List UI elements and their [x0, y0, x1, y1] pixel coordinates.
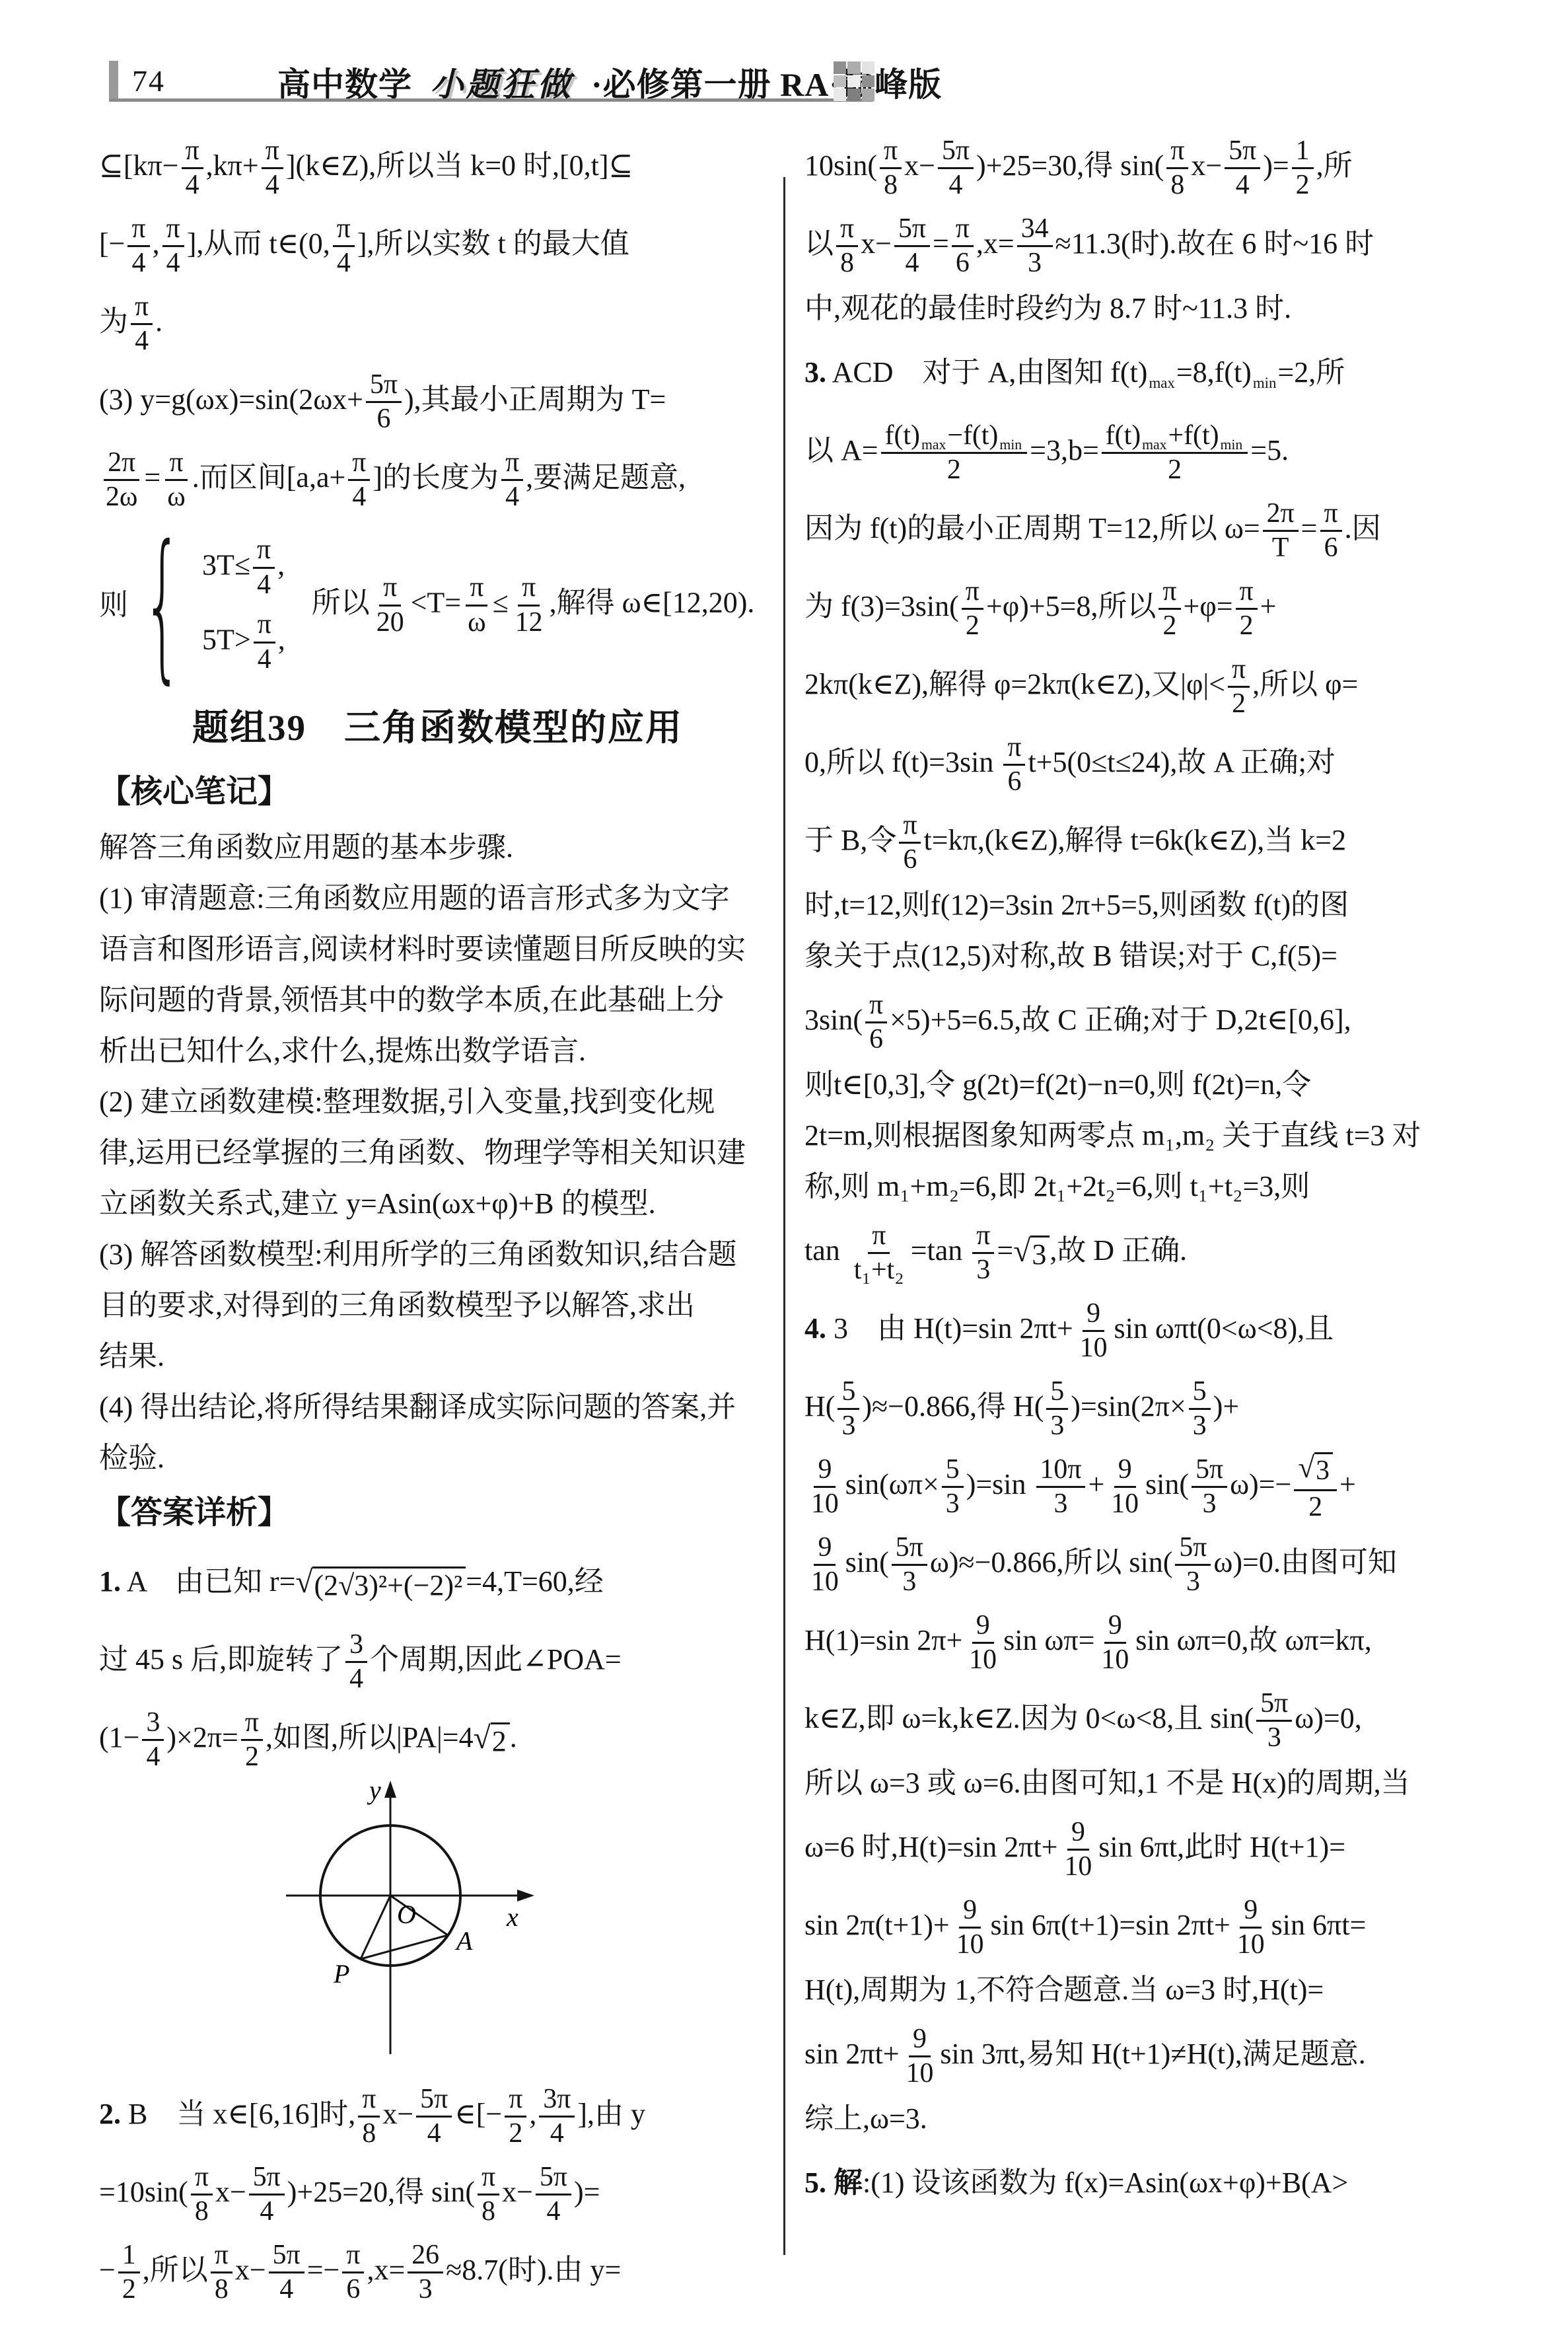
math-line: 过 45 s 后,即旋转了34个周期,因此∠POA= [99, 1621, 776, 1699]
math-line: 2. B 当 x∈[6,16]时,π8x−5π4∈[−π2,3π4],由 y [99, 2075, 776, 2153]
page-number: 74 [132, 63, 165, 98]
system-row: 5T>π4, [202, 610, 285, 675]
y-axis-label: y [367, 1777, 381, 1805]
text-line: 解答三角函数应用题的基本步骤. [99, 822, 776, 873]
math-line: 为π4. [99, 283, 776, 361]
math-line: H(1)=sin 2π+910sin ωπ=910sin ωπ=0,故 ωπ=k… [804, 1602, 1491, 1679]
text-line: 立函数关系式,建立 y=Asin(ωx+φ)+B 的模型. [99, 1178, 776, 1229]
origin-label: O [397, 1900, 416, 1929]
math-line: ω=6 时,H(t)=sin 2πt+910sin 6πt,此时 H(t+1)= [804, 1808, 1491, 1886]
text-line: 综上,ω=3. [804, 2093, 1491, 2144]
math-line: H(53)≈−0.866,得 H(53)=sin(2π×53)+ [804, 1368, 1491, 1446]
left-column: ⊆[kπ−π4,kπ+π4](k∈Z),所以当 k=0 时,[0,t]⊆[−π4… [99, 127, 776, 2309]
title-suffix: ·必修第一册 RA·巅峰版 [591, 66, 942, 103]
math-line: [−π4,π4],从而 t∈(0,π4],所以实数 t 的最大值 [99, 205, 776, 283]
grid-cell [847, 89, 860, 101]
grid-cell [862, 61, 874, 74]
text-line: (4) 得出结论,将所得结果翻译成实际问题的答案,并 [99, 1382, 776, 1432]
math-line: (1−34)×2π=π2,如图,所以|PA|=4√2. [99, 1699, 776, 1777]
grid-cell [834, 75, 846, 88]
series-logo: 小题狂做 [431, 66, 573, 103]
point-a-label: A [454, 1926, 473, 1956]
grid-cell [862, 89, 874, 101]
text-line: 中,观花的最佳时段约为 8.7 时~11.3 时. [804, 283, 1491, 334]
math-line: 0,所以 f(t)=3sin π6t+5(0≤t≤24),故 A 正确;对 [804, 723, 1491, 801]
math-line: 2kπ(k∈Z),解得 φ=2kπ(k∈Z),又|φ|<π2,所以 φ= [804, 646, 1491, 723]
math-line: 910sin(5π3ω)≈−0.866,所以 sin(5π3ω)=0.由图可知 [804, 1524, 1491, 1602]
math-line: 3sin(π6×5)+5=6.5,故 C 正确;对于 D,2t∈[0,6], [804, 981, 1491, 1059]
text-line: (2) 建立函数建模:整理数据,引入变量,找到变化规 [99, 1076, 776, 1127]
math-line: 因为 f(t)的最小正周期 T=12,所以 ω=2πT=π6.因 [804, 490, 1491, 568]
text-line: 称,则 m₁+m₂=6,即 2t₁+2t₂=6,则 t₁+t₂=3,则 [804, 1161, 1491, 1212]
math-line: tan πt₁+t₂=tan π3=√3,故 D 正确. [804, 1212, 1491, 1290]
header-rule [109, 98, 873, 102]
point-p-label: P [333, 1959, 349, 1989]
math-line: (3) y=g(ωx)=sin(2ωx+5π6),其最小正周期为 T= [99, 361, 776, 439]
text-line: 检验. [99, 1432, 776, 1483]
math-line: 910sin(ωπ×53)=sin 10π3+910sin(5π3ω)=−√32… [804, 1446, 1491, 1524]
header-accent-bar [109, 61, 118, 99]
x-axis-arrow [517, 1890, 534, 1901]
block-label: 【核心笔记】 [99, 762, 776, 822]
y-axis-arrow [384, 1781, 396, 1798]
x-axis-label: x [506, 1902, 518, 1932]
column-divider [783, 177, 785, 2255]
figure-line: y x O A P [99, 1777, 776, 2075]
text-line: 象关于点(12,5)对称,故 B 错误;对于 C,f(5)= [804, 930, 1491, 981]
math-line: 以π8x−5π4=π6,x=343≈11.3(时).故在 6 时~16 时 [804, 205, 1491, 283]
right-column: 10sin(π8x−5π4)+25=30,得 sin(π8x−5π4)=12,所… [804, 127, 1491, 2222]
unit-circle-figure: y x O A P [233, 1777, 643, 2067]
math-line: sin 2πt+910sin 3πt,易知 H(t+1)≠H(t),满足题意. [804, 2015, 1491, 2093]
text-line: 律,运用已经掌握的三角函数、物理学等相关知识建 [99, 1127, 776, 1178]
equation-system-line: 则{3T≤π4,5T>π4,所以π20<T=πω≤π12,解得 ω∈[12,20… [99, 517, 776, 694]
math-line: −12,所以π8x−5π4=−π6,x=263≈8.7(时).由 y= [99, 2231, 776, 2309]
block-label: 【答案详析】 [99, 1483, 776, 1543]
text-line: 际问题的背景,领悟其中的数学本质,在此基础上分 [99, 975, 776, 1025]
grid-cell [862, 75, 874, 88]
grid-cell [847, 61, 860, 74]
section-heading: 题组39 三角函数模型的应用 [99, 694, 776, 762]
math-line: 1. A 由已知 r=√(2√3)²+(−2)²=4,T=60,经 [99, 1543, 776, 1621]
text-line: (3) 解答函数模型:利用所学的三角函数知识,结合题 [99, 1229, 776, 1280]
brace-glyph: { [143, 525, 182, 686]
math-line: 于 B,令π6t=kπ,(k∈Z),解得 t=6k(k∈Z),当 k=2 [804, 801, 1491, 879]
checker-grid-icon [834, 61, 874, 101]
math-line: k∈Z,即 ω=k,k∈Z.因为 0<ω<8,且 sin(5π3ω)=0, [804, 1679, 1491, 1757]
system-row: 3T≤π4, [202, 536, 285, 600]
grid-cell [834, 89, 846, 101]
text-line: 所以 ω=3 或 ω=6.由图可知,1 不是 H(x)的周期,当 [804, 1757, 1491, 1808]
text-line: 则t∈[0,3],令 g(2t)=f(2t)−n=0,则 f(2t)=n,令 [804, 1059, 1491, 1110]
math-line: 3. ACD 对于 A,由图知 f(t)max=8,f(t)min=2,所 [804, 334, 1491, 412]
text-line: 语言和图形语言,阅读材料时要读懂题目所反映的实 [99, 924, 776, 975]
math-line: 10sin(π8x−5π4)+25=30,得 sin(π8x−5π4)=12,所 [804, 127, 1491, 205]
text-line: 目的要求,对得到的三角函数模型予以解答,求出 [99, 1280, 776, 1331]
math-line: ⊆[kπ−π4,kπ+π4](k∈Z),所以当 k=0 时,[0,t]⊆ [99, 127, 776, 205]
text-line: 时,t=12,则f(12)=3sin 2π+5=5,则函数 f(t)的图 [804, 879, 1491, 930]
book-page: 74 高中数学 小题狂做 ·必修第一册 RA·巅峰版 ⊆[kπ−π4,kπ+π4… [0, 0, 1568, 2325]
radius-OP [361, 1896, 390, 1959]
text-line: 2t=m,则根据图象知两零点 m₁,m₂ 关于直线 t=3 对 [804, 1110, 1491, 1161]
math-line: 5. 解:(1) 设该函数为 f(x)=Asin(ωx+φ)+B(A> [804, 2144, 1491, 2222]
text-line: H(t),周期为 1,不符合题意.当 ω=3 时,H(t)= [804, 1964, 1491, 2015]
math-line: 2π2ω=πω.而区间[a,a+π4]的长度为π4,要满足题意, [99, 439, 776, 517]
math-line: sin 2π(t+1)+910sin 6π(t+1)=sin 2πt+910si… [804, 1886, 1491, 1964]
math-line: 为 f(3)=3sin(π2+φ)+5=8,所以π2+φ=π2+ [804, 568, 1491, 646]
text-line: (1) 审清题意:三角函数应用题的语言形式多为文字 [99, 873, 776, 924]
text-line: 析出已知什么,求什么,提炼出数学语言. [99, 1025, 776, 1076]
text-line: 结果. [99, 1331, 776, 1382]
grid-cell [847, 75, 860, 88]
grid-cell [834, 61, 846, 74]
chord-PA [361, 1935, 448, 1959]
math-line: =10sin(π8x−5π4)+25=20,得 sin(π8x−5π4)= [99, 2153, 776, 2231]
math-line: 以 A=f(t)max−f(t)min2=3,b=f(t)max+f(t)min… [804, 412, 1491, 490]
system-conclusion: 所以π20<T=πω≤π12,解得 ω∈[12,20). [312, 573, 755, 638]
title-prefix: 高中数学 [277, 66, 412, 103]
math-line: 4. 3 由 H(t)=sin 2πt+910sin ωπt(0<ω<8),且 [804, 1290, 1491, 1368]
